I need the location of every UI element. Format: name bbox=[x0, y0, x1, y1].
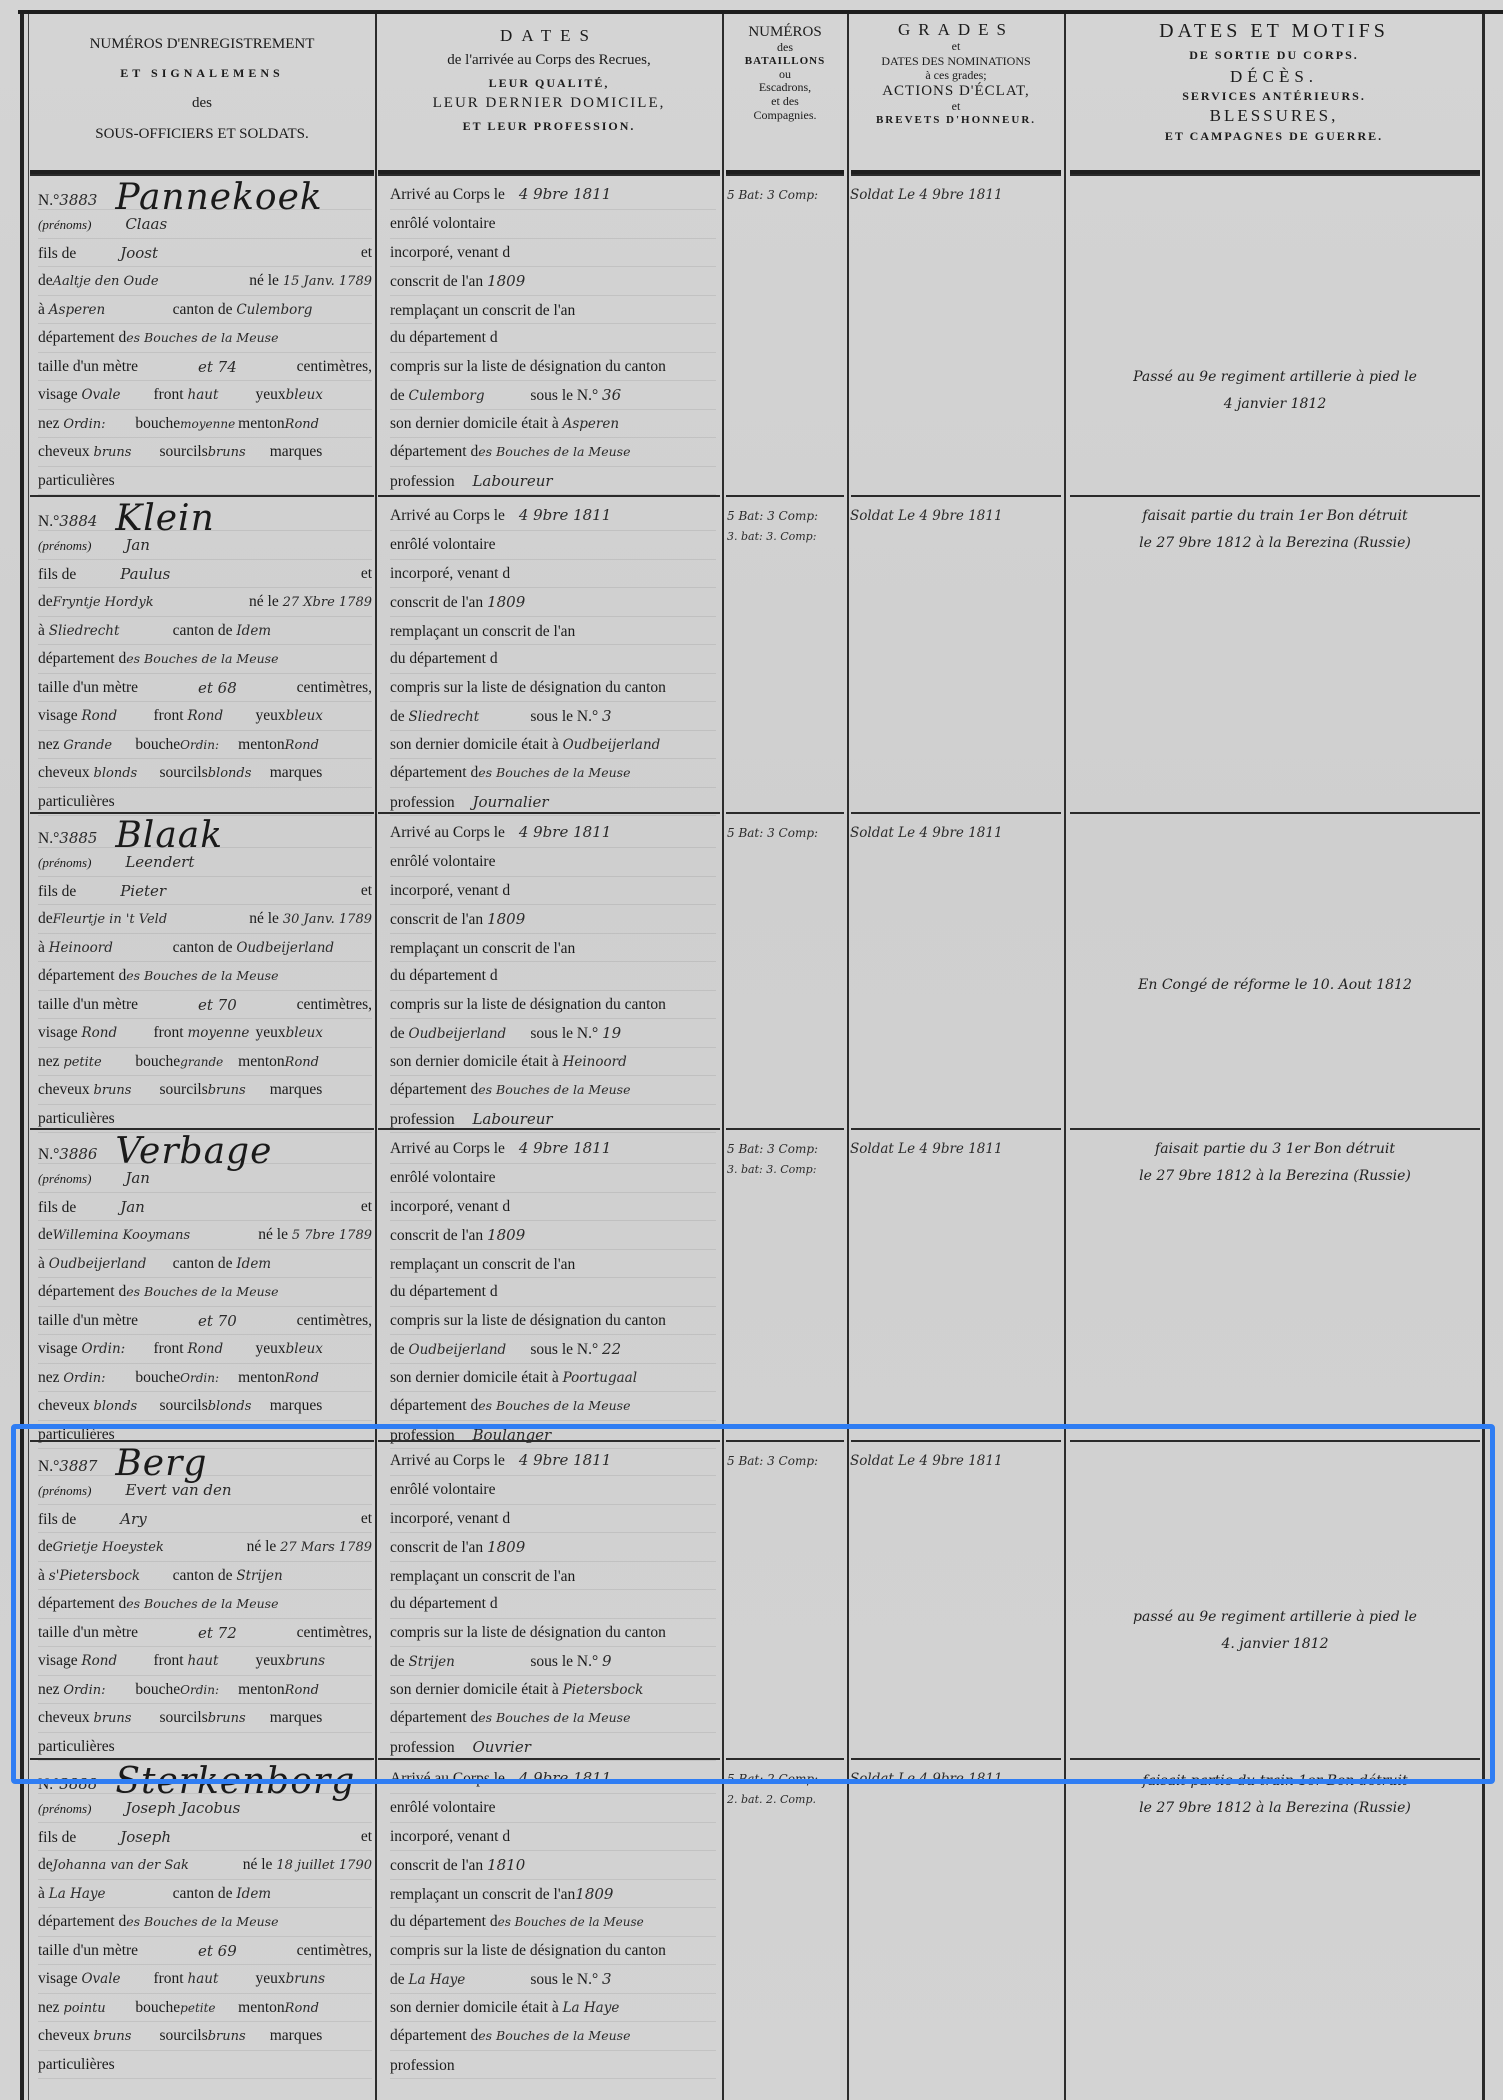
profession-label: profession bbox=[390, 473, 455, 490]
hair-label: cheveux bbox=[38, 764, 90, 781]
signalement-cell: N.°3883 Pannekoek (prénoms) Claas fils d… bbox=[38, 178, 372, 495]
list-number: 19 bbox=[602, 1024, 621, 1042]
birth-label: né le bbox=[249, 910, 279, 927]
eyebrows-label: sourcils bbox=[160, 764, 208, 781]
cm-label: centimètres, bbox=[297, 1307, 372, 1335]
list-number: 9 bbox=[602, 1652, 612, 1670]
battalion: 5 Bat: 3 Comp: bbox=[727, 820, 847, 846]
volunteer-label: enrôlé volontaire bbox=[390, 1169, 495, 1186]
father-name: Ary bbox=[120, 1510, 146, 1528]
conscript-year-label: conscrit de l'an bbox=[390, 1539, 483, 1556]
domicile: Oudbeijerland bbox=[563, 737, 661, 753]
marks-label: marques bbox=[270, 443, 323, 460]
row-rule bbox=[851, 174, 1061, 176]
eyes-value: bleux bbox=[286, 1341, 323, 1357]
canton: Strijen bbox=[236, 1568, 282, 1584]
chin-value: Rond bbox=[285, 417, 319, 432]
mouth-label: bouche bbox=[135, 415, 180, 432]
canton: Idem bbox=[236, 1886, 271, 1902]
nose-value: pointu bbox=[63, 1995, 135, 2024]
prenoms-label: (prénoms) bbox=[38, 1801, 91, 1816]
father-label: fils de bbox=[38, 245, 76, 262]
domicile-dept-label: département d bbox=[390, 1081, 478, 1098]
surname: Sterkenborg bbox=[115, 1761, 355, 1802]
domicile-dept-label: département d bbox=[390, 443, 478, 460]
domicile: Pietersbock bbox=[563, 1682, 644, 1698]
incorporated-label: incorporé, venant d bbox=[390, 1198, 510, 1215]
profession-label: profession bbox=[390, 2057, 455, 2074]
particular-marks-label: particulières bbox=[38, 472, 115, 489]
arrival-cell: Arrivé au Corps le 4 9bre 1811 enrôlé vo… bbox=[390, 1444, 716, 1761]
row-rule bbox=[726, 174, 844, 176]
eyebrows-label: sourcils bbox=[160, 1709, 208, 1726]
nose-label: nez bbox=[38, 1681, 60, 1698]
header-line: DATES DES NOMINATIONS bbox=[850, 55, 1062, 69]
nose-label: nez bbox=[38, 736, 60, 753]
incorporated-label: incorporé, venant d bbox=[390, 565, 510, 582]
replacing-dept: es Bouches de la Meuse bbox=[498, 1915, 644, 1929]
department-label: département d bbox=[38, 1283, 126, 1300]
exit-note: faisait partie du train 1er Bon détruitl… bbox=[1075, 1768, 1475, 1821]
grade-cell: Soldat Le 4 9bre 1811 bbox=[850, 820, 1062, 846]
and-label: et bbox=[361, 239, 372, 267]
volunteer-label: enrôlé volontaire bbox=[390, 1799, 495, 1816]
list-canton: Culemborg bbox=[409, 382, 527, 411]
father-name: Paulus bbox=[120, 565, 170, 583]
record-row[interactable]: N.°3888 Sterkenborg (prénoms) Joseph Jac… bbox=[0, 1758, 1503, 2100]
header-line: des bbox=[32, 95, 372, 112]
forehead-value: haut bbox=[188, 1647, 256, 1676]
prenoms-label: (prénoms) bbox=[38, 855, 91, 870]
list-label: compris sur la liste de désignation du c… bbox=[390, 358, 666, 375]
battalion-cell: 5 Bat: 3 Comp: bbox=[727, 182, 847, 208]
mouth-label: bouche bbox=[135, 1681, 180, 1698]
height-label: taille d'un mètre bbox=[38, 1619, 138, 1647]
prenoms-label: (prénoms) bbox=[38, 1483, 91, 1498]
forehead-label: front bbox=[153, 707, 183, 724]
list-number: 3 bbox=[602, 707, 612, 725]
arrival-cell: Arrivé au Corps le 4 9bre 1811 enrôlé vo… bbox=[390, 178, 716, 495]
eyebrows-value: blonds bbox=[208, 760, 270, 789]
row-rule bbox=[851, 495, 1061, 497]
domicile: Heinoord bbox=[563, 1054, 627, 1070]
birth-date: 27 Mars 1789 bbox=[280, 1540, 372, 1555]
battalion: 5 Bat: 3 Comp: bbox=[727, 182, 847, 208]
conscript-year: 1809 bbox=[487, 272, 525, 290]
list-number: 36 bbox=[602, 386, 621, 404]
header-line: LEUR QUALITÉ, bbox=[378, 77, 720, 91]
father-label: fils de bbox=[38, 1199, 76, 1216]
eyebrows-value: blonds bbox=[208, 1393, 270, 1422]
mother-name: Grietje Hoeystek bbox=[53, 1540, 164, 1555]
replacing-dept-label: du département d bbox=[390, 1283, 498, 1300]
list-number-label: sous le N.° bbox=[530, 387, 598, 404]
registration-number: 3886 bbox=[59, 1145, 97, 1163]
incorporated-label: incorporé, venant d bbox=[390, 882, 510, 899]
eyes-label: yeux bbox=[256, 386, 286, 403]
exit-note-line: Passé au 9e regiment artillerie à pied l… bbox=[1075, 364, 1475, 391]
row-rule bbox=[378, 812, 720, 814]
mother-label: de bbox=[38, 272, 53, 289]
forehead-value: moyenne bbox=[188, 1019, 256, 1048]
birthplace-label: à bbox=[38, 622, 45, 639]
father-label: fils de bbox=[38, 1511, 76, 1528]
mouth-value: grande bbox=[180, 1048, 238, 1077]
arrival-date: 4 9bre 1811 bbox=[519, 1139, 611, 1157]
surname: Pannekoek bbox=[115, 177, 322, 218]
replacing-dept-label: du département d bbox=[390, 1595, 498, 1612]
birthplace-label: à bbox=[38, 1255, 45, 1272]
conscript-year: 1809 bbox=[487, 1226, 525, 1244]
number-label: N.° bbox=[38, 1146, 59, 1163]
domicile-label: son dernier domicile était à bbox=[390, 1999, 559, 2016]
header-line: DATES ET MOTIFS bbox=[1068, 20, 1480, 43]
eyebrows-label: sourcils bbox=[160, 443, 208, 460]
row-rule bbox=[726, 1758, 844, 1760]
header-arrival-dates: DATES de l'arrivée au Corps des Recrues,… bbox=[378, 18, 720, 134]
eyebrows-value: bruns bbox=[208, 439, 270, 468]
mouth-value: Ordin: bbox=[180, 1676, 238, 1705]
canton: Culemborg bbox=[236, 302, 312, 318]
conscript-year-label: conscrit de l'an bbox=[390, 594, 483, 611]
battalion-cell: 5 Bat: 3 Comp: bbox=[727, 1448, 847, 1474]
grade: Soldat Le 4 9bre 1811 bbox=[850, 1766, 1062, 1792]
profession-label: profession bbox=[390, 794, 455, 811]
eyes-label: yeux bbox=[256, 1340, 286, 1357]
replacing-dept-label: du département d bbox=[390, 967, 498, 984]
list-label: compris sur la liste de désignation du c… bbox=[390, 1312, 666, 1329]
canton-label: canton de bbox=[173, 301, 233, 318]
arrival-date: 4 9bre 1811 bbox=[519, 1769, 611, 1787]
arrival-date: 4 9bre 1811 bbox=[519, 823, 611, 841]
chin-value: Rond bbox=[285, 738, 319, 753]
header-line: BREVETS D'HONNEUR. bbox=[850, 114, 1062, 127]
particular-marks-label: particulières bbox=[38, 1738, 115, 1755]
domicile: Poortugaal bbox=[563, 1370, 637, 1386]
list-canton-label: de bbox=[390, 708, 405, 725]
birth-label: né le bbox=[249, 272, 279, 289]
row-rule bbox=[726, 812, 844, 814]
height-label: taille d'un mètre bbox=[38, 991, 138, 1019]
header-line: et bbox=[850, 100, 1062, 114]
department-label: département d bbox=[38, 967, 126, 984]
cm-label: centimètres, bbox=[297, 1937, 372, 1965]
arrival-label: Arrivé au Corps le bbox=[390, 1140, 505, 1157]
forehead-value: Rond bbox=[188, 702, 256, 731]
eyes-value: bleux bbox=[286, 1025, 323, 1041]
record-row[interactable]: N.°3887 Berg (prénoms) Evert van den fil… bbox=[0, 1440, 1503, 1758]
header-line: NUMÉROS D'ENREGISTREMENT bbox=[32, 36, 372, 53]
marks-label: marques bbox=[270, 764, 323, 781]
top-rule bbox=[18, 10, 1503, 14]
height-cm: et 74 bbox=[198, 353, 237, 381]
grade-cell: Soldat Le 4 9bre 1811 bbox=[850, 1766, 1062, 1792]
chin-label: menton bbox=[238, 1999, 285, 2016]
face-value: Ordin: bbox=[81, 1335, 153, 1364]
department: es Bouches de la Meuse bbox=[126, 651, 278, 666]
hair-value: bruns bbox=[94, 1077, 160, 1106]
father-label: fils de bbox=[38, 566, 76, 583]
row-rule bbox=[378, 1128, 720, 1130]
birthplace: Heinoord bbox=[49, 934, 169, 963]
row-rule bbox=[1070, 1440, 1480, 1442]
prenoms-label: (prénoms) bbox=[38, 538, 91, 553]
profession: Laboureur bbox=[472, 1110, 552, 1128]
battalion-cell: 5 Bat: 3 Comp: 3. bat: 3. Comp: bbox=[727, 503, 847, 545]
exit-note-line: le 27 9bre 1812 à la Berezina (Russie) bbox=[1075, 530, 1475, 557]
marks-label: marques bbox=[270, 1397, 323, 1414]
registration-number: 3885 bbox=[59, 829, 97, 847]
eyes-value: bruns bbox=[286, 1971, 325, 1987]
row-rule bbox=[1070, 1758, 1480, 1760]
domicile-dept: es Bouches de la Meuse bbox=[478, 1398, 630, 1413]
mouth-value: Ordin: bbox=[180, 731, 238, 760]
birthplace: La Haye bbox=[49, 1880, 169, 1909]
profession: Journalier bbox=[472, 793, 548, 811]
registration-number: 3884 bbox=[59, 512, 97, 530]
record-row[interactable]: N.°3886 Verbage (prénoms) Jan fils de Ja… bbox=[0, 1128, 1503, 1440]
number-label: N.° bbox=[38, 192, 59, 209]
row-rule bbox=[30, 1758, 374, 1760]
row-rule bbox=[30, 1440, 374, 1442]
replacing-label: remplaçant un conscrit de l'an bbox=[390, 623, 575, 640]
incorporated-label: incorporé, venant d bbox=[390, 1828, 510, 1845]
birthplace-label: à bbox=[38, 1885, 45, 1902]
face-label: visage bbox=[38, 1652, 78, 1669]
height-label: taille d'un mètre bbox=[38, 1937, 138, 1965]
face-value: Rond bbox=[81, 1019, 153, 1048]
face-value: Ovale bbox=[81, 381, 153, 410]
row-rule bbox=[726, 1128, 844, 1130]
face-label: visage bbox=[38, 707, 78, 724]
mouth-label: bouche bbox=[135, 736, 180, 753]
header-line: et bbox=[850, 40, 1062, 54]
height-label: taille d'un mètre bbox=[38, 674, 138, 702]
prenoms-label: (prénoms) bbox=[38, 217, 91, 232]
mother-label: de bbox=[38, 593, 53, 610]
mouth-label: bouche bbox=[135, 1999, 180, 2016]
battalion: 5 Bat: 3 Comp: bbox=[727, 1448, 847, 1474]
list-number-label: sous le N.° bbox=[530, 1025, 598, 1042]
marks-label: marques bbox=[270, 2027, 323, 2044]
department: es Bouches de la Meuse bbox=[126, 330, 278, 345]
mother-label: de bbox=[38, 1856, 53, 1873]
arrival-label: Arrivé au Corps le bbox=[390, 186, 505, 203]
canton: Idem bbox=[236, 623, 271, 639]
mother-name: Johanna van der Sak bbox=[53, 1858, 189, 1873]
conscript-year: 1809 bbox=[487, 593, 525, 611]
exit-note: faisait partie du train 1er Bon détruitl… bbox=[1075, 503, 1475, 556]
domicile-dept: es Bouches de la Meuse bbox=[478, 765, 630, 780]
height-cm: et 72 bbox=[198, 1619, 237, 1647]
birthplace-label: à bbox=[38, 301, 45, 318]
list-canton: Sliedrecht bbox=[409, 703, 527, 732]
chin-label: menton bbox=[238, 415, 285, 432]
hair-value: bruns bbox=[94, 1705, 160, 1734]
battalion-alt: 3. bat: 3. Comp: bbox=[727, 529, 847, 545]
list-label: compris sur la liste de désignation du c… bbox=[390, 1624, 666, 1641]
exit-note: faisait partie du 3 1er Bon détruitle 27… bbox=[1075, 1136, 1475, 1189]
row-rule bbox=[851, 812, 1061, 814]
mouth-value: petite bbox=[180, 1994, 238, 2023]
birth-date: 15 Janv. 1789 bbox=[283, 274, 372, 289]
birthplace: Sliedrecht bbox=[49, 617, 169, 646]
mouth-value: moyenne bbox=[180, 410, 238, 439]
canton-label: canton de bbox=[173, 1885, 233, 1902]
register-page: NUMÉROS D'ENREGISTREMENT ET SIGNALEMENS … bbox=[0, 0, 1503, 2100]
birth-date: 18 juillet 1790 bbox=[276, 1858, 372, 1873]
and-label: et bbox=[361, 1193, 372, 1221]
forehead-value: haut bbox=[188, 381, 256, 410]
department: es Bouches de la Meuse bbox=[126, 1284, 278, 1299]
profession-label: profession bbox=[390, 1111, 455, 1128]
father-label: fils de bbox=[38, 883, 76, 900]
exit-note-line: le 27 9bre 1812 à la Berezina (Russie) bbox=[1075, 1795, 1475, 1822]
canton-label: canton de bbox=[173, 939, 233, 956]
header-line: BLESSURES, bbox=[1068, 106, 1480, 126]
and-label: et bbox=[361, 877, 372, 905]
row-rule bbox=[1070, 174, 1480, 176]
hair-label: cheveux bbox=[38, 1709, 90, 1726]
hair-label: cheveux bbox=[38, 443, 90, 460]
eyebrows-value: bruns bbox=[208, 1077, 270, 1106]
registration-number: 3883 bbox=[59, 191, 97, 209]
arrival-cell: Arrivé au Corps le 4 9bre 1811 enrôlé vo… bbox=[390, 1762, 716, 2079]
birthplace-label: à bbox=[38, 939, 45, 956]
department-label: département d bbox=[38, 329, 126, 346]
birthplace-label: à bbox=[38, 1567, 45, 1584]
canton-label: canton de bbox=[173, 1567, 233, 1584]
eyes-value: bleux bbox=[286, 387, 323, 403]
department: es Bouches de la Meuse bbox=[126, 968, 278, 983]
mouth-value: Ordin: bbox=[180, 1364, 238, 1393]
nose-value: Ordin: bbox=[63, 411, 135, 440]
incorporated-label: incorporé, venant d bbox=[390, 244, 510, 261]
list-canton-label: de bbox=[390, 1025, 405, 1042]
list-canton-label: de bbox=[390, 1341, 405, 1358]
header-line: SOUS-OFFICIERS ET SOLDATS. bbox=[32, 126, 372, 143]
marks-label: marques bbox=[270, 1081, 323, 1098]
list-label: compris sur la liste de désignation du c… bbox=[390, 996, 666, 1013]
header-line: de l'arrivée au Corps des Recrues, bbox=[378, 52, 720, 69]
forehead-label: front bbox=[153, 1340, 183, 1357]
arrival-date: 4 9bre 1811 bbox=[519, 1451, 611, 1469]
surname: Berg bbox=[115, 1443, 207, 1484]
exit-note-line: faisait partie du train 1er Bon détruit bbox=[1075, 503, 1475, 530]
domicile-dept: es Bouches de la Meuse bbox=[478, 1710, 630, 1725]
nose-label: nez bbox=[38, 1999, 60, 2016]
battalion-cell: 5 Bat: 3 Comp: 3. bat: 3. Comp: bbox=[727, 1136, 847, 1178]
birth-label: né le bbox=[249, 593, 279, 610]
row-rule bbox=[378, 495, 720, 497]
birth-label: né le bbox=[243, 1856, 273, 1873]
forehead-label: front bbox=[153, 386, 183, 403]
eyes-label: yeux bbox=[256, 1970, 286, 1987]
canton-label: canton de bbox=[173, 622, 233, 639]
birthplace: Asperen bbox=[49, 296, 169, 325]
surname: Verbage bbox=[115, 1131, 272, 1172]
row-rule bbox=[1070, 495, 1480, 497]
list-number-label: sous le N.° bbox=[530, 1971, 598, 1988]
mouth-label: bouche bbox=[135, 1053, 180, 1070]
nose-value: Ordin: bbox=[63, 1365, 135, 1394]
surname: Klein bbox=[115, 498, 214, 539]
list-canton-label: de bbox=[390, 1971, 405, 1988]
father-label: fils de bbox=[38, 1829, 76, 1846]
birth-label: né le bbox=[247, 1538, 277, 1555]
department-label: département d bbox=[38, 650, 126, 667]
row-rule bbox=[30, 495, 374, 497]
record-row[interactable]: N.°3884 Klein (prénoms) Jan fils de Paul… bbox=[0, 495, 1503, 812]
profession: Laboureur bbox=[472, 472, 552, 490]
row-rule bbox=[851, 1758, 1061, 1760]
row-rule bbox=[851, 1440, 1061, 1442]
nose-label: nez bbox=[38, 1053, 60, 1070]
registration-number: 3887 bbox=[59, 1457, 97, 1475]
list-number: 22 bbox=[602, 1340, 621, 1358]
domicile-dept: es Bouches de la Meuse bbox=[478, 1082, 630, 1097]
record-row[interactable]: N.°3883 Pannekoek (prénoms) Claas fils d… bbox=[0, 174, 1503, 495]
particular-marks-label: particulières bbox=[38, 1110, 115, 1127]
signalement-cell: N.°3886 Verbage (prénoms) Jan fils de Ja… bbox=[38, 1132, 372, 1449]
header-line: BATAILLONS bbox=[725, 55, 845, 68]
domicile-label: son dernier domicile était à bbox=[390, 1369, 559, 1386]
birth-date: 30 Janv. 1789 bbox=[283, 912, 372, 927]
height-label: taille d'un mètre bbox=[38, 353, 138, 381]
domicile: La Haye bbox=[563, 2000, 620, 2016]
exit-note-line: faisait partie du train 1er Bon détruit bbox=[1075, 1768, 1475, 1795]
header-grades: GRADES et DATES DES NOMINATIONS à ces gr… bbox=[850, 18, 1062, 127]
forehead-label: front bbox=[153, 1652, 183, 1669]
face-value: Rond bbox=[81, 1647, 153, 1676]
header-line: ET CAMPAGNES DE GUERRE. bbox=[1068, 130, 1480, 144]
cm-label: centimètres, bbox=[297, 674, 372, 702]
and-label: et bbox=[361, 560, 372, 588]
incorporated-label: incorporé, venant d bbox=[390, 1510, 510, 1527]
height-cm: et 68 bbox=[198, 674, 237, 702]
arrival-cell: Arrivé au Corps le 4 9bre 1811 enrôlé vo… bbox=[390, 816, 716, 1133]
arrival-label: Arrivé au Corps le bbox=[390, 824, 505, 841]
canton: Idem bbox=[236, 1256, 271, 1272]
volunteer-label: enrôlé volontaire bbox=[390, 215, 495, 232]
and-label: et bbox=[361, 1823, 372, 1851]
header-line: DATES bbox=[378, 26, 720, 46]
header-line: des bbox=[725, 41, 845, 55]
exit-note-line: En Congé de réforme le 10. Aout 1812 bbox=[1075, 972, 1475, 999]
number-label: N.° bbox=[38, 830, 59, 847]
birthplace: s'Pietersbock bbox=[49, 1562, 169, 1591]
domicile: Asperen bbox=[563, 416, 619, 432]
number-label: N.° bbox=[38, 1776, 59, 1793]
header-line: Compagnies. bbox=[725, 109, 845, 123]
chin-value: Rond bbox=[285, 1055, 319, 1070]
battalion: 5 Bat: 3 Comp: bbox=[727, 503, 847, 529]
cm-label: centimètres, bbox=[297, 991, 372, 1019]
domicile-label: son dernier domicile était à bbox=[390, 1681, 559, 1698]
battalion: 5 Bat: 2 Comp: bbox=[727, 1766, 847, 1792]
mother-label: de bbox=[38, 1538, 53, 1555]
forehead-value: Rond bbox=[188, 1335, 256, 1364]
record-row[interactable]: N.°3885 Blaak (prénoms) Leendert fils de… bbox=[0, 812, 1503, 1128]
header-line: DÉCÈS. bbox=[1068, 67, 1480, 87]
header-line: ET LEUR PROFESSION. bbox=[378, 120, 720, 134]
height-cm: et 70 bbox=[198, 1307, 237, 1335]
exit-note-line: 4. janvier 1812 bbox=[1075, 1631, 1475, 1658]
particular-marks-label: particulières bbox=[38, 2056, 115, 2073]
list-number-label: sous le N.° bbox=[530, 1653, 598, 1670]
face-label: visage bbox=[38, 386, 78, 403]
prenoms-label: (prénoms) bbox=[38, 1171, 91, 1186]
